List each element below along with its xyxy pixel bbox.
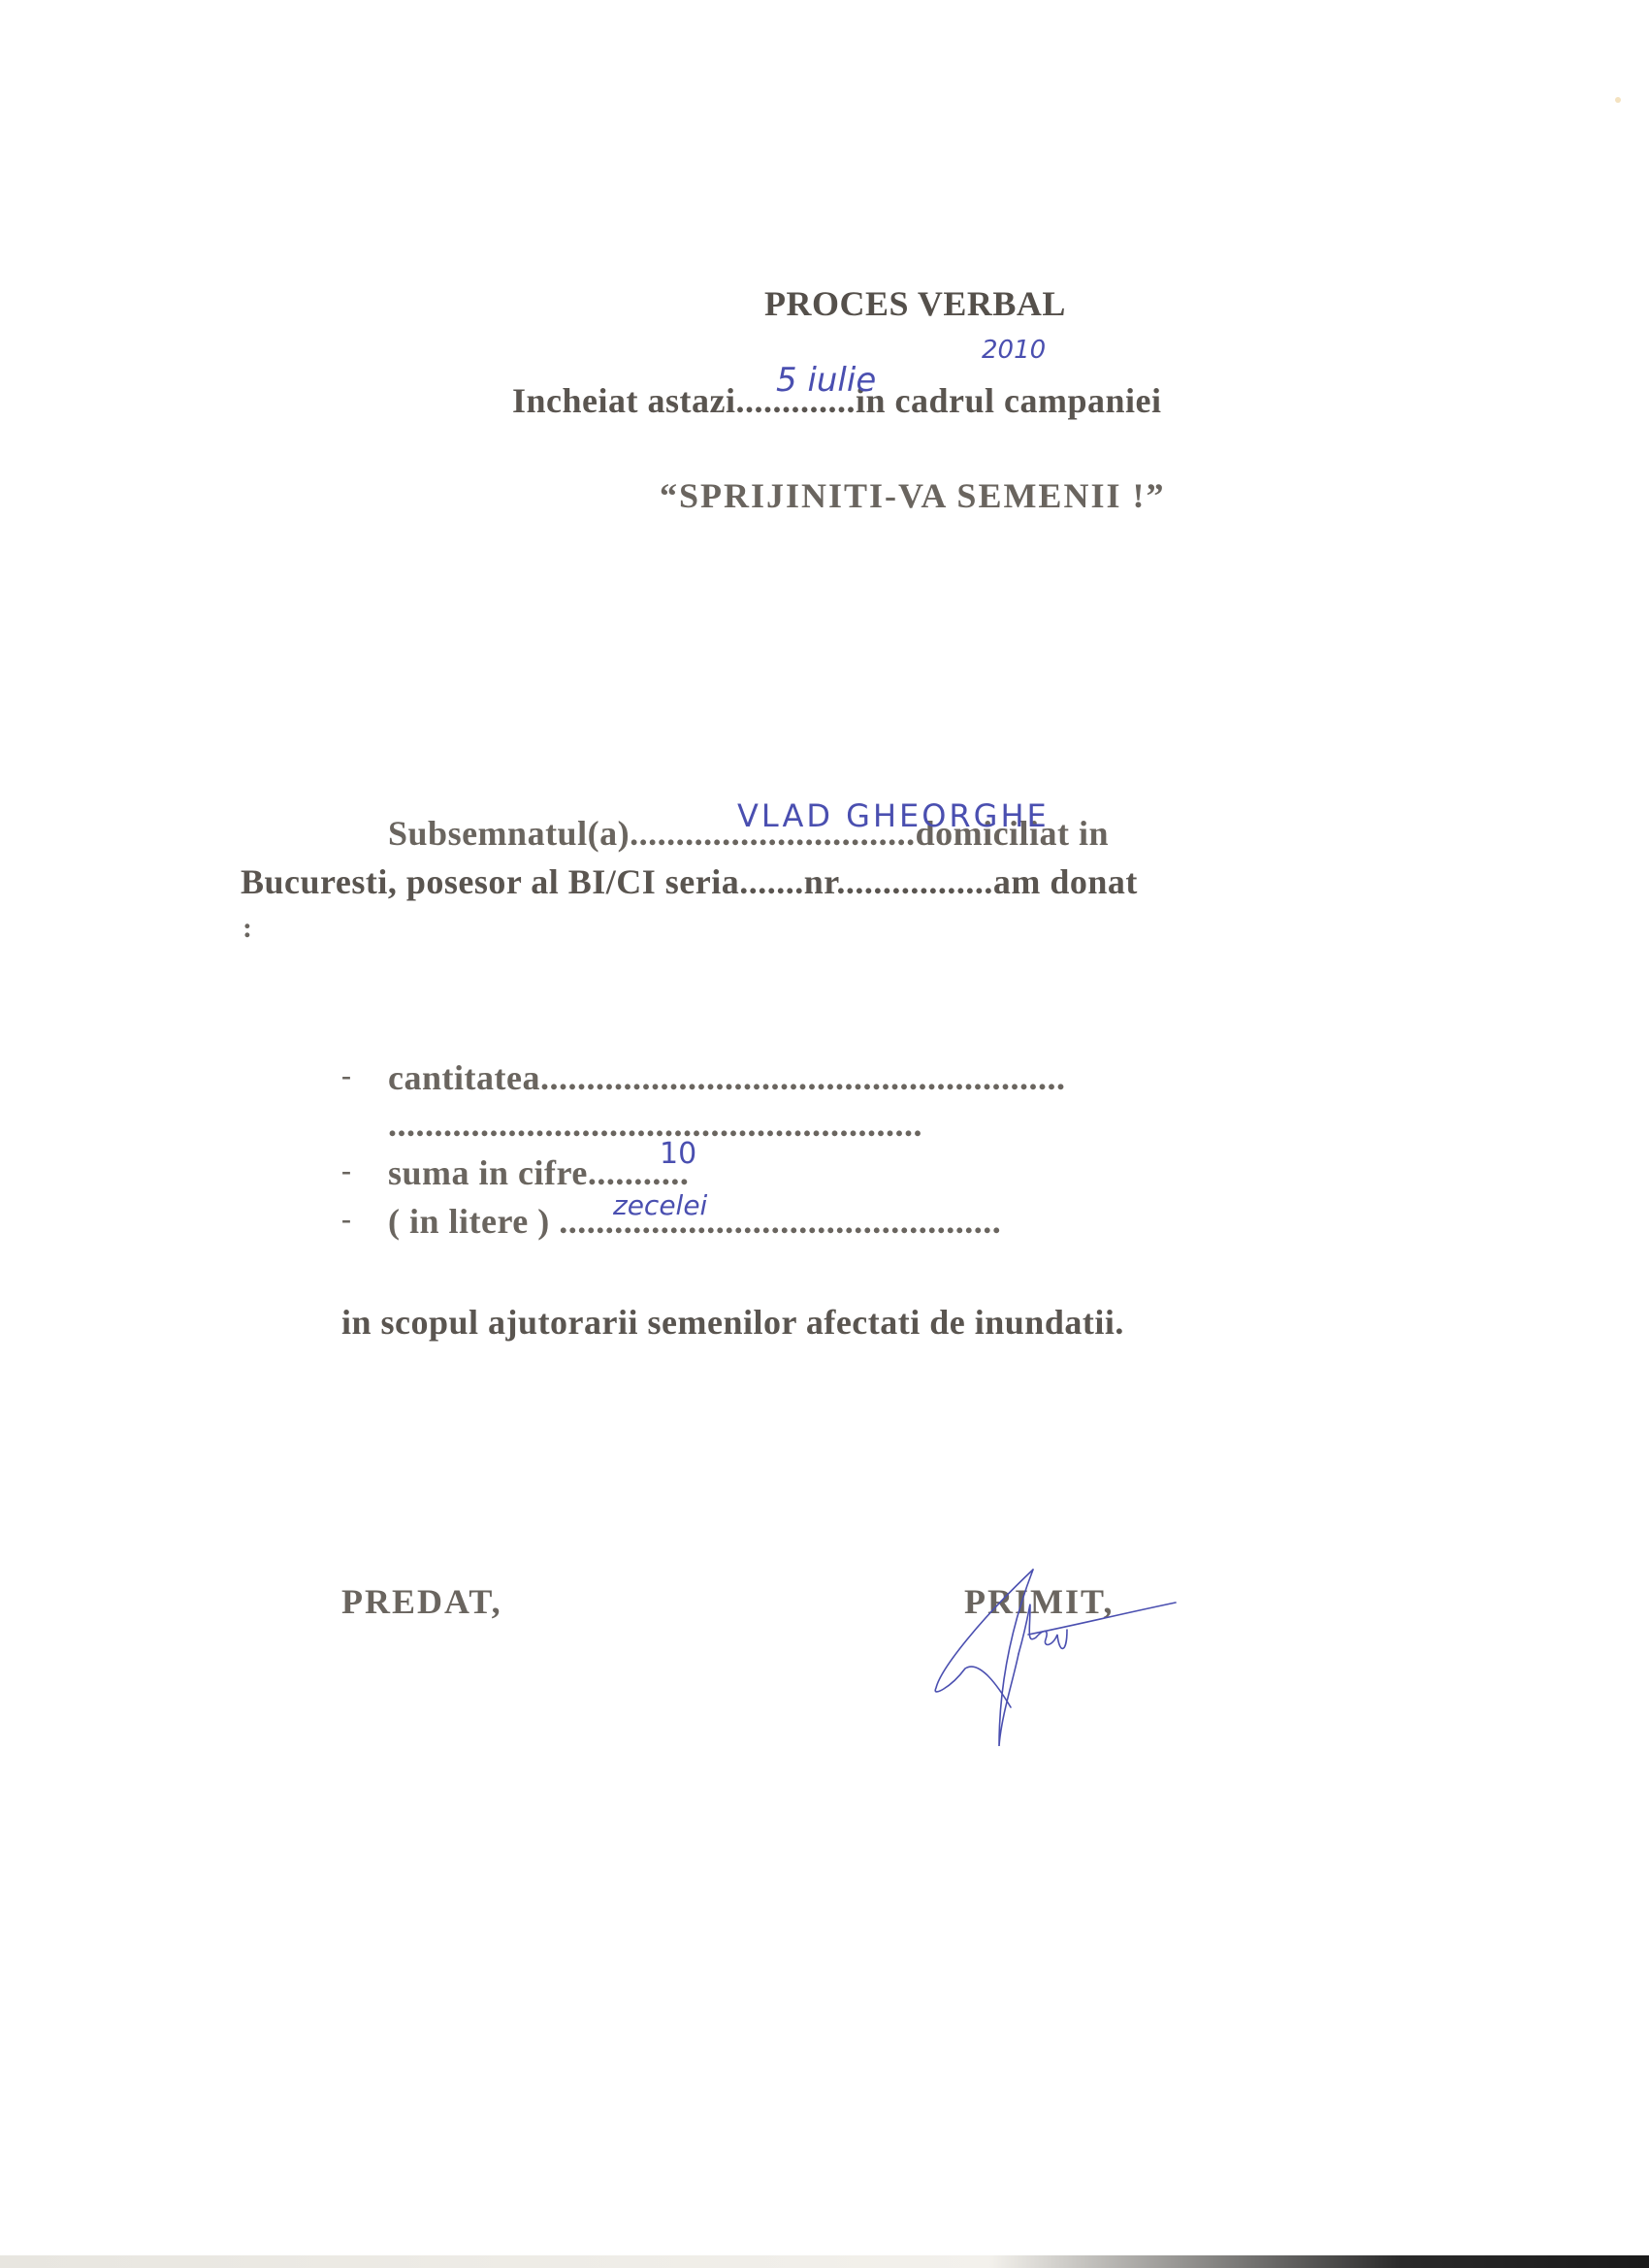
declaration-colon: : bbox=[242, 912, 253, 945]
item-quantity-continuation: ........................................… bbox=[388, 1104, 922, 1145]
handwritten-name: VLAD GHEORGHE bbox=[737, 797, 1050, 834]
purpose-statement: in scopul ajutorarii semenilor afectati … bbox=[341, 1302, 1124, 1343]
item-dash-quantity: - bbox=[341, 1059, 352, 1092]
campaign-name: “SPRIJINITI-VA SEMENII !” bbox=[660, 475, 1165, 516]
signature-label-predat: PREDAT, bbox=[341, 1581, 502, 1622]
scan-bottom-edge bbox=[0, 2255, 1649, 2268]
declaration-line-2: Bucuresti, posesor al BI/CI seria.......… bbox=[241, 861, 1138, 902]
item-quantity: cantitatea..............................… bbox=[388, 1057, 1065, 1098]
handwritten-sum-words: zecelei bbox=[613, 1189, 707, 1221]
handwritten-year: 2010 bbox=[982, 336, 1046, 365]
item-sum-words-label: ( in litere ) bbox=[388, 1202, 550, 1241]
date-line-suffix: in cadrul campaniei bbox=[856, 381, 1162, 420]
signature-scribble-icon bbox=[921, 1562, 1193, 1756]
item-dash-sum-digits: - bbox=[341, 1154, 352, 1187]
item-sum-digits: suma in cifre........... bbox=[388, 1152, 689, 1193]
handwritten-sum-digits: 10 bbox=[660, 1137, 696, 1171]
scan-speck bbox=[1615, 97, 1621, 103]
item-sum-digits-label: suma in cifre bbox=[388, 1153, 588, 1192]
document-title: PROCES VERBAL bbox=[764, 283, 1066, 324]
item-quantity-dots: ........................................… bbox=[540, 1058, 1066, 1097]
item-quantity-label: cantitatea bbox=[388, 1058, 540, 1097]
date-line-prefix: Incheiat astazi bbox=[512, 381, 735, 420]
handwritten-date: 5 iulie bbox=[776, 361, 876, 400]
item-dash-sum-words: - bbox=[341, 1203, 352, 1236]
item-quantity-continuation-dots: ........................................… bbox=[388, 1105, 922, 1144]
declaration-prefix: Subsemnatul(a) bbox=[388, 814, 630, 853]
